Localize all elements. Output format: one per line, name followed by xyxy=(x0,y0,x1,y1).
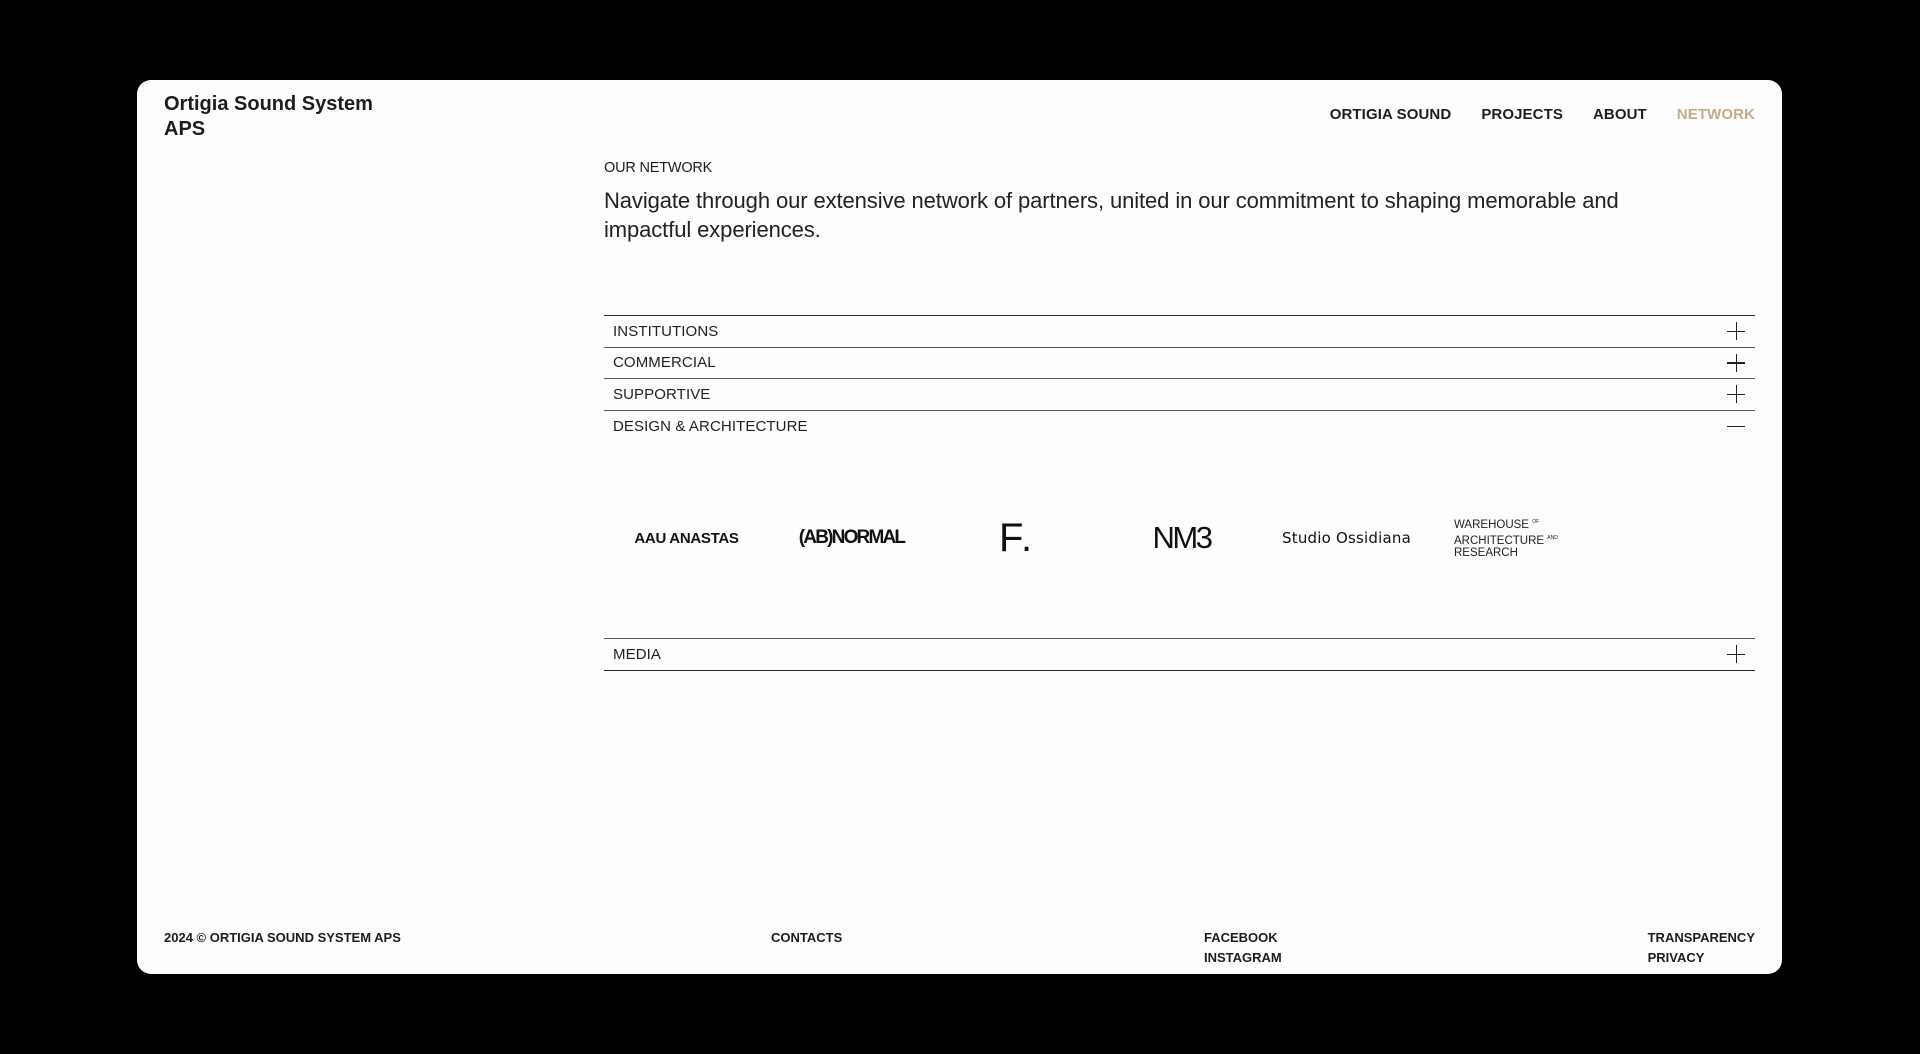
accordion-design-architecture[interactable]: DESIGN & ARCHITECTURE xyxy=(604,411,1755,443)
minus-icon[interactable] xyxy=(1727,417,1745,435)
partner-logo-war[interactable]: WAREHOUSE OF ARCHITECTURE AND RESEARCH xyxy=(1429,516,1594,559)
brand-line-2: APS xyxy=(164,117,424,142)
partner-logo-f[interactable]: F. xyxy=(934,516,1099,561)
footer-facebook-link[interactable]: FACEBOOK xyxy=(1204,928,1282,948)
section-eyebrow: OUR NETWORK xyxy=(604,160,1755,176)
partner-accordion: INSTITUTIONS COMMERCIAL SUPPORTIVE DESIG… xyxy=(604,315,1755,671)
accordion-label: INSTITUTIONS xyxy=(613,323,718,340)
network-content: OUR NETWORK Navigate through our extensi… xyxy=(604,160,1755,671)
nav-about[interactable]: ABOUT xyxy=(1593,106,1647,123)
brand-logo[interactable]: Ortigia Sound System APS xyxy=(164,92,424,142)
intro-text: Navigate through our extensive network o… xyxy=(604,186,1704,244)
accordion-supportive[interactable]: SUPPORTIVE xyxy=(604,379,1755,411)
nav-network[interactable]: NETWORK xyxy=(1677,106,1755,123)
accordion-commercial[interactable]: COMMERCIAL xyxy=(604,348,1755,380)
accordion-label: MEDIA xyxy=(613,646,661,663)
footer-copyright: 2024 © ORTIGIA SOUND SYSTEM APS xyxy=(164,928,401,948)
partner-logos: AAU ANASTAS (AB)NORMAL F. NM3 Studio Oss… xyxy=(604,442,1755,639)
plus-icon[interactable] xyxy=(1727,322,1745,340)
footer-instagram-link[interactable]: INSTAGRAM xyxy=(1204,948,1282,968)
plus-icon[interactable] xyxy=(1727,645,1745,663)
partner-logo-aau-anastas[interactable]: AAU ANASTAS xyxy=(604,530,769,547)
plus-icon[interactable] xyxy=(1727,385,1745,403)
nav-ortigia-sound[interactable]: ORTIGIA SOUND xyxy=(1330,106,1452,123)
brand-line-1: Ortigia Sound System xyxy=(164,92,424,117)
partner-logo-abnormal[interactable]: (AB)NORMAL xyxy=(769,527,934,549)
accordion-label: SUPPORTIVE xyxy=(613,386,710,403)
footer-contacts-link[interactable]: CONTACTS xyxy=(771,928,842,948)
accordion-label: DESIGN & ARCHITECTURE xyxy=(613,418,808,435)
main-nav: ORTIGIA SOUND PROJECTS ABOUT NETWORK xyxy=(1330,106,1755,123)
partner-logo-nm3[interactable]: NM3 xyxy=(1099,520,1264,556)
accordion-institutions[interactable]: INSTITUTIONS xyxy=(604,316,1755,348)
accordion-media[interactable]: MEDIA xyxy=(604,639,1755,671)
accordion-label: COMMERCIAL xyxy=(613,354,716,371)
partner-logo-studio-ossidiana[interactable]: Studio Ossidiana xyxy=(1264,529,1429,547)
footer-transparency-link[interactable]: TRANSPARENCY xyxy=(1648,928,1755,948)
page-frame: Ortigia Sound System APS ORTIGIA SOUND P… xyxy=(137,80,1782,974)
footer-privacy-link[interactable]: PRIVACY xyxy=(1648,948,1755,968)
nav-projects[interactable]: PROJECTS xyxy=(1481,106,1563,123)
plus-icon[interactable] xyxy=(1727,354,1745,372)
